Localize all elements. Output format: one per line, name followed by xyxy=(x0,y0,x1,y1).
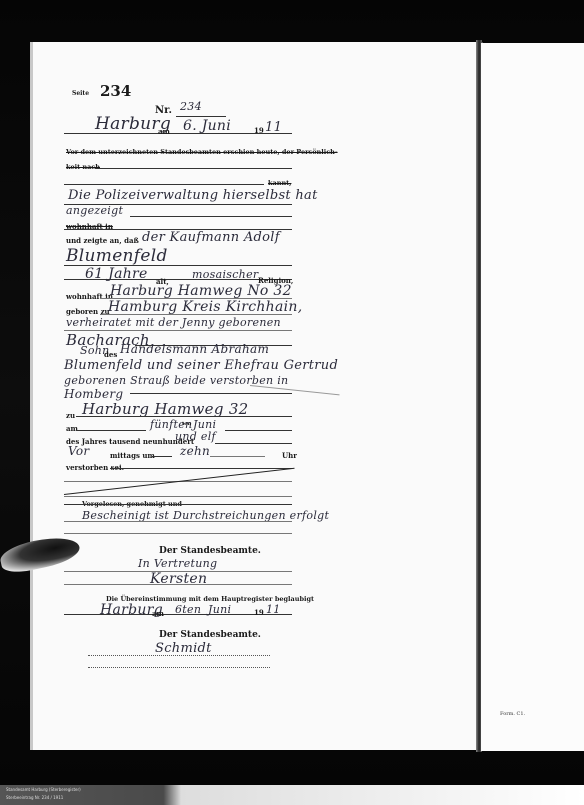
form-number: Form. C1. xyxy=(500,711,525,717)
death-date-am-label: am xyxy=(66,424,78,433)
death-time-value: zehn xyxy=(180,444,210,458)
deceased-line1: der Kaufmann Adolf xyxy=(142,230,280,245)
certification-year-suffix: 11 xyxy=(266,603,281,616)
year-prefix: 19 xyxy=(254,126,264,135)
am-label: am xyxy=(158,127,170,136)
father-line: Handelsmann Abraham xyxy=(120,342,269,356)
birth-place: Hamburg Kreis Kirchhain, xyxy=(108,299,302,315)
spouse-line: verheiratet mit der Jenny geborenen xyxy=(66,316,281,329)
certification-month: Juni xyxy=(208,603,231,616)
struck-preamble-line2: keit nach xyxy=(66,163,100,171)
year-suffix: 11 xyxy=(265,120,282,135)
death-place-label: zu xyxy=(66,411,75,420)
footer-line-1: Standesamt Harburg (Sterberegister) xyxy=(6,787,81,792)
und-zeigte-label: und zeigte an, daß xyxy=(66,236,139,245)
informant-line2: angezeigt xyxy=(66,204,123,217)
page-number: 234 xyxy=(100,82,131,100)
registrar-title-2: Der Standesbeamte. xyxy=(60,630,360,640)
right-page xyxy=(481,43,584,751)
residence-value: Harburg Hamweg No 32 xyxy=(110,283,292,299)
registrar-signature-1-line1: In Vertretung xyxy=(138,557,217,570)
footer-bar: Standesamt Harburg (Sterberegister) Ster… xyxy=(0,785,584,805)
death-year-value: und elf xyxy=(175,430,216,443)
certification-am-label: am xyxy=(152,609,164,618)
residence-label: wohnhaft in xyxy=(66,292,113,301)
kannt-label: kannt, xyxy=(268,179,291,187)
death-time-label: mittags um xyxy=(110,451,155,460)
death-day-suffix: ten xyxy=(182,421,191,427)
age-value: 61 Jahre xyxy=(85,266,148,282)
deceased-name: Blumenfeld xyxy=(66,246,168,266)
footer-line-2: Sterbeeintrag Nr. 234 / 1911 xyxy=(6,795,63,800)
death-time-prefix: Vor xyxy=(68,444,89,458)
struck-preamble-line1: Vor dem unterzeichneten Standesbeamten e… xyxy=(66,148,338,156)
registration-date: 6. Juni xyxy=(183,118,231,134)
informant-line1: Die Polizeiverwaltung hierselbst hat xyxy=(68,188,318,203)
certification-day: 6ten xyxy=(175,603,201,616)
parents-line2: Blumenfeld und seiner Ehefrau Gertrud xyxy=(64,358,338,373)
parents-line4: Homberg xyxy=(64,387,123,401)
religion-value: mosaischer xyxy=(192,268,258,281)
registrar-signature-2: Schmidt xyxy=(155,641,212,656)
page-label: Seite xyxy=(72,90,89,97)
entry-number: 234 xyxy=(180,100,202,113)
registrar-title-1: Der Standesbeamte. xyxy=(60,546,360,556)
uhr-label: Uhr xyxy=(282,451,297,460)
certification-year-prefix: 19 xyxy=(254,608,264,617)
